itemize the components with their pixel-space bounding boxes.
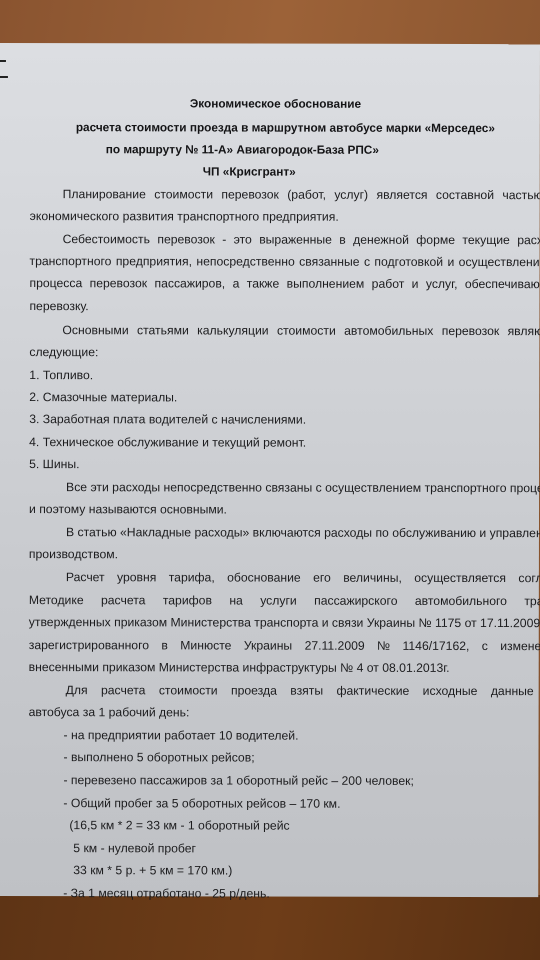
list-item: 4. Техническое обслуживание и текущий ре…	[29, 435, 306, 450]
paragraph-text: Методике расчета тарифов на услуги пасса…	[29, 593, 540, 608]
paragraph-text: внесенными приказом Министерства инфраст…	[29, 660, 450, 675]
data-list-item: - выполнено 5 оборотных рейсов;	[63, 750, 254, 764]
list-item: 3. Заработная плата водителей с начислен…	[29, 412, 306, 427]
document-page: Экономическое обоснование расчета стоимо…	[0, 43, 540, 897]
paragraph-text: производством.	[29, 547, 118, 561]
calculation-line: (16,5 км * 2 = 33 км - 1 оборотный рейс	[69, 818, 289, 832]
paragraph-text: перевозку.	[29, 299, 88, 313]
document-title: Экономическое обоснование	[190, 96, 361, 110]
document-subtitle: расчета стоимости проезда в маршрутном а…	[76, 120, 495, 135]
calculation-line: 5 км - нулевой пробег	[73, 841, 196, 855]
paragraph-text: и поэтому называются основными.	[29, 502, 227, 516]
list-item: 2. Смазочные материалы.	[29, 390, 177, 404]
margin-mark	[0, 76, 8, 78]
list-item: 5. Шины.	[29, 457, 79, 471]
paragraph-text: Для расчета стоимости проезда взяты факт…	[66, 683, 540, 698]
paragraph-text: утвержденных приказом Министерства транс…	[29, 615, 540, 630]
document-subtitle: по маршруту № 11-А» Авиагородок-База РПС…	[106, 142, 379, 157]
calculation-line: 33 км * 5 р. + 5 км = 170 км.)	[73, 863, 232, 877]
data-list-item: - на предприятии работает 10 водителей.	[64, 728, 299, 742]
data-list-item: - перевезено пассажиров за 1 оборотный р…	[63, 773, 413, 788]
paragraph-text: Расчет уровня тарифа, обоснование его ве…	[66, 570, 540, 585]
paragraph-text: Основными статьями калькуляции стоимости…	[62, 323, 540, 338]
data-list-item: - За 1 месяц отработано - 25 р/день.	[63, 886, 270, 900]
paragraph-text: автобуса за 1 рабочий день:	[29, 705, 190, 719]
paragraph-text: транспортного предприятия, непосредствен…	[30, 254, 540, 269]
paragraph-text: процесса перевозок пассажиров, а также в…	[29, 276, 540, 291]
paragraph-text: экономического развития транспортного пр…	[30, 209, 339, 224]
wooden-table-surface	[0, 895, 540, 960]
paragraph-text: зарегистрированного в Минюсте Украины 27…	[29, 638, 540, 653]
data-list-item: - Общий пробег за 5 оборотных рейсов – 1…	[63, 796, 340, 811]
paragraph-text: Все эти расходы непосредственно связаны …	[66, 480, 540, 495]
paragraph-text: следующие:	[29, 345, 98, 359]
list-item: 1. Топливо.	[29, 368, 93, 382]
margin-mark	[0, 60, 6, 62]
document-company: ЧП «Крисгрант»	[203, 164, 296, 178]
paragraph-text: Планирование стоимости перевозок (работ,…	[63, 187, 503, 202]
paragraph-text: В статью «Накладные расходы» включаются …	[66, 525, 540, 540]
paragraph-text: Себестоимость перевозок - это выраженные…	[63, 232, 540, 247]
